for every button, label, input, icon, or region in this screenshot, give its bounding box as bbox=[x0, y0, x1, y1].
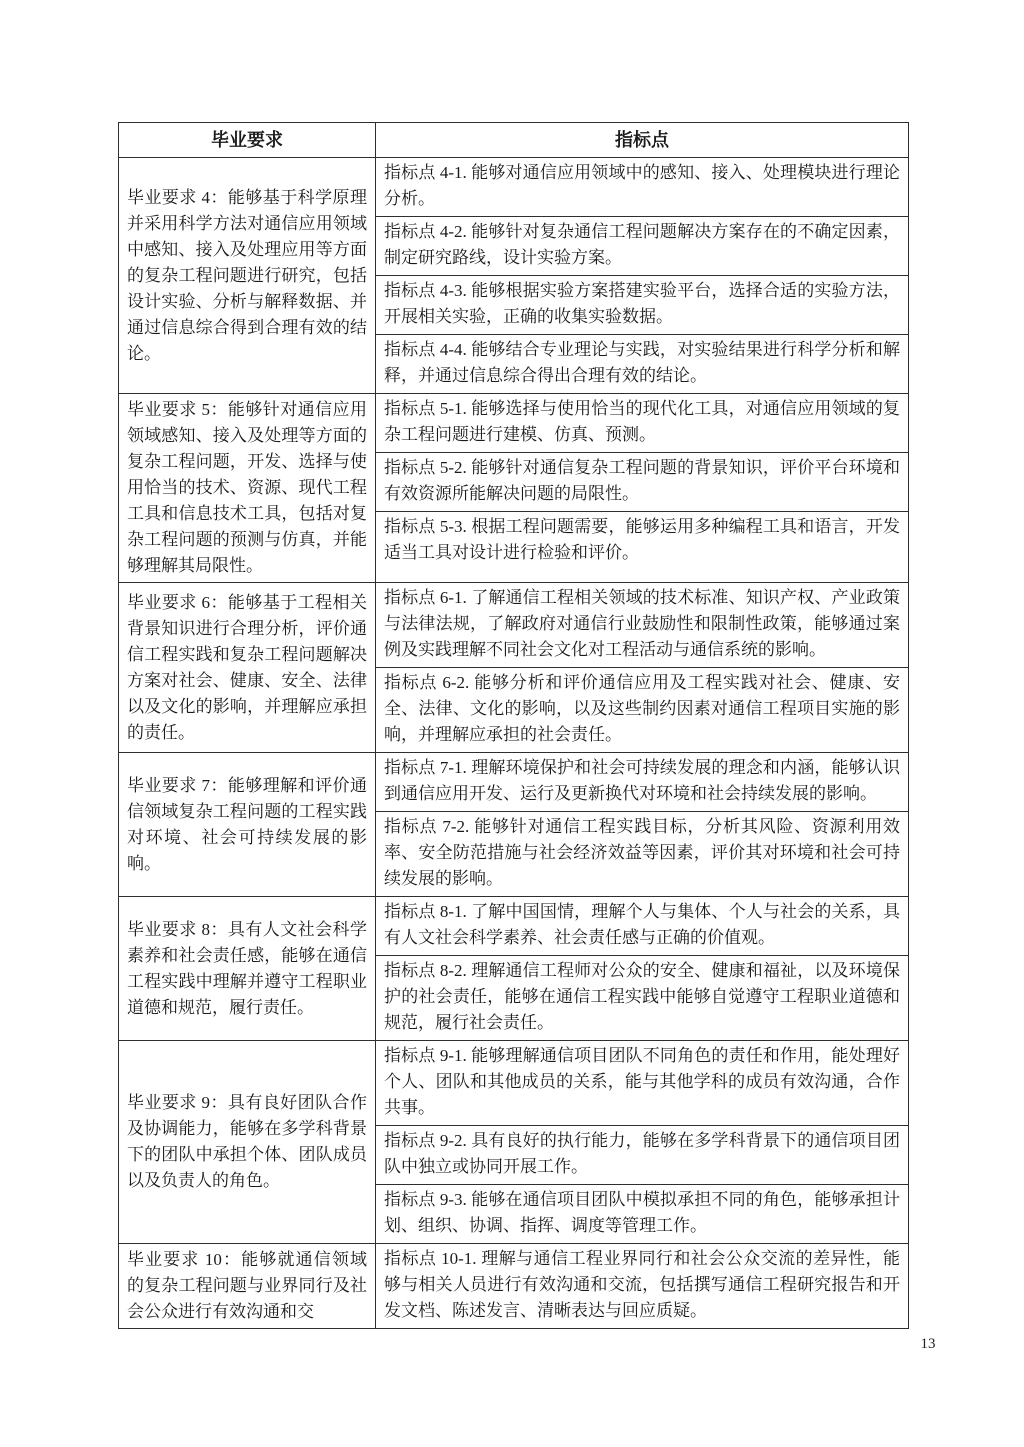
table-header-requirement: 毕业要求 bbox=[119, 123, 376, 158]
indicator-cell-8-2: 指标点 8-2. 理解通信工程师对公众的安全、健康和福祉，以及环境保护的社会责任… bbox=[376, 956, 909, 1041]
indicator-cell-9-3: 指标点 9-3. 能够在通信项目团队中模拟承担不同的角色，能够承担计划、组织、协… bbox=[376, 1185, 909, 1244]
requirement-cell-6: 毕业要求 6：能够基于工程相关背景知识进行合理分析，评价通信工程实践和复杂工程问… bbox=[119, 583, 376, 753]
indicator-cell-6-2: 指标点 6-2. 能够分析和评价通信应用及工程实践对社会、健康、安全、法律、文化… bbox=[376, 668, 909, 753]
indicator-cell-5-3: 指标点 5-3. 根据工程问题需要，能够运用多种编程工具和语言，开发适当工具对设… bbox=[376, 512, 909, 583]
indicator-cell-4-4: 指标点 4-4. 能够结合专业理论与实践，对实验结果进行科学分析和解释，并通过信… bbox=[376, 335, 909, 394]
table-row: 毕业要求 6：能够基于工程相关背景知识进行合理分析，评价通信工程实践和复杂工程问… bbox=[119, 583, 909, 668]
indicator-cell-5-2: 指标点 5-2. 能够针对通信复杂工程问题的背景知识，评价平台环境和有效资源所能… bbox=[376, 453, 909, 512]
table-row: 毕业要求 10：能够就通信领域的复杂工程问题与业界同行及社会公众进行有效沟通和交… bbox=[119, 1244, 909, 1329]
indicator-cell-6-1: 指标点 6-1. 了解通信工程相关领域的技术标准、知识产权、产业政策与法律法规，… bbox=[376, 583, 909, 668]
indicator-cell-9-1: 指标点 9-1. 能够理解通信项目团队不同角色的责任和作用，能处理好个人、团队和… bbox=[376, 1041, 909, 1126]
requirement-cell-9: 毕业要求 9：具有良好团队合作及协调能力，能够在多学科背景下的团队中承担个体、团… bbox=[119, 1041, 376, 1244]
graduation-requirements-table: 毕业要求 指标点 毕业要求 4：能够基于科学原理并采用科学方法对通信应用领域中感… bbox=[118, 122, 909, 1329]
indicator-cell-4-2: 指标点 4-2. 能够针对复杂通信工程问题解决方案存在的不确定因素，制定研究路线… bbox=[376, 217, 909, 276]
table-row: 毕业要求 5：能够针对通信应用领域感知、接入及处理等方面的复杂工程问题，开发、选… bbox=[119, 394, 909, 453]
indicator-cell-10-1: 指标点 10-1. 理解与通信工程业界同行和社会公众交流的差异性，能够与相关人员… bbox=[376, 1244, 909, 1329]
indicator-cell-4-1: 指标点 4-1. 能够对通信应用领域中的感知、接入、处理模块进行理论分析。 bbox=[376, 158, 909, 217]
table-row: 毕业要求 8：具有人文社会科学素养和社会责任感，能够在通信工程实践中理解并遵守工… bbox=[119, 897, 909, 956]
requirement-cell-4: 毕业要求 4：能够基于科学原理并采用科学方法对通信应用领域中感知、接入及处理应用… bbox=[119, 158, 376, 394]
indicator-cell-7-1: 指标点 7-1. 理解环境保护和社会可持续发展的理念和内涵，能够认识到通信应用开… bbox=[376, 753, 909, 812]
requirement-cell-7: 毕业要求 7：能够理解和评价通信领域复杂工程问题的工程实践对环境、社会可持续发展… bbox=[119, 753, 376, 897]
requirement-cell-8: 毕业要求 8：具有人文社会科学素养和社会责任感，能够在通信工程实践中理解并遵守工… bbox=[119, 897, 376, 1041]
requirement-cell-5: 毕业要求 5：能够针对通信应用领域感知、接入及处理等方面的复杂工程问题，开发、选… bbox=[119, 394, 376, 583]
indicator-cell-8-1: 指标点 8-1. 了解中国国情，理解个人与集体、个人与社会的关系，具有人文社会科… bbox=[376, 897, 909, 956]
requirement-cell-10: 毕业要求 10：能够就通信领域的复杂工程问题与业界同行及社会公众进行有效沟通和交 bbox=[119, 1244, 376, 1329]
table-row: 毕业要求 4：能够基于科学原理并采用科学方法对通信应用领域中感知、接入及处理应用… bbox=[119, 158, 909, 217]
page-number: 13 bbox=[908, 1336, 948, 1353]
document-page: 毕业要求 指标点 毕业要求 4：能够基于科学原理并采用科学方法对通信应用领域中感… bbox=[0, 0, 1024, 1447]
indicator-cell-9-2: 指标点 9-2. 具有良好的执行能力，能够在多学科背景下的通信项目团队中独立或协… bbox=[376, 1126, 909, 1185]
table-header-indicator: 指标点 bbox=[376, 123, 909, 158]
table-row: 毕业要求 9：具有良好团队合作及协调能力，能够在多学科背景下的团队中承担个体、团… bbox=[119, 1041, 909, 1126]
table-row: 毕业要求 7：能够理解和评价通信领域复杂工程问题的工程实践对环境、社会可持续发展… bbox=[119, 753, 909, 812]
table-header-row: 毕业要求 指标点 bbox=[119, 123, 909, 158]
indicator-cell-7-2: 指标点 7-2. 能够针对通信工程实践目标，分析其风险、资源利用效率、安全防范措… bbox=[376, 812, 909, 897]
indicator-cell-5-1: 指标点 5-1. 能够选择与使用恰当的现代化工具，对通信应用领域的复杂工程问题进… bbox=[376, 394, 909, 453]
indicator-cell-4-3: 指标点 4-3. 能够根据实验方案搭建实验平台，选择合适的实验方法，开展相关实验… bbox=[376, 276, 909, 335]
